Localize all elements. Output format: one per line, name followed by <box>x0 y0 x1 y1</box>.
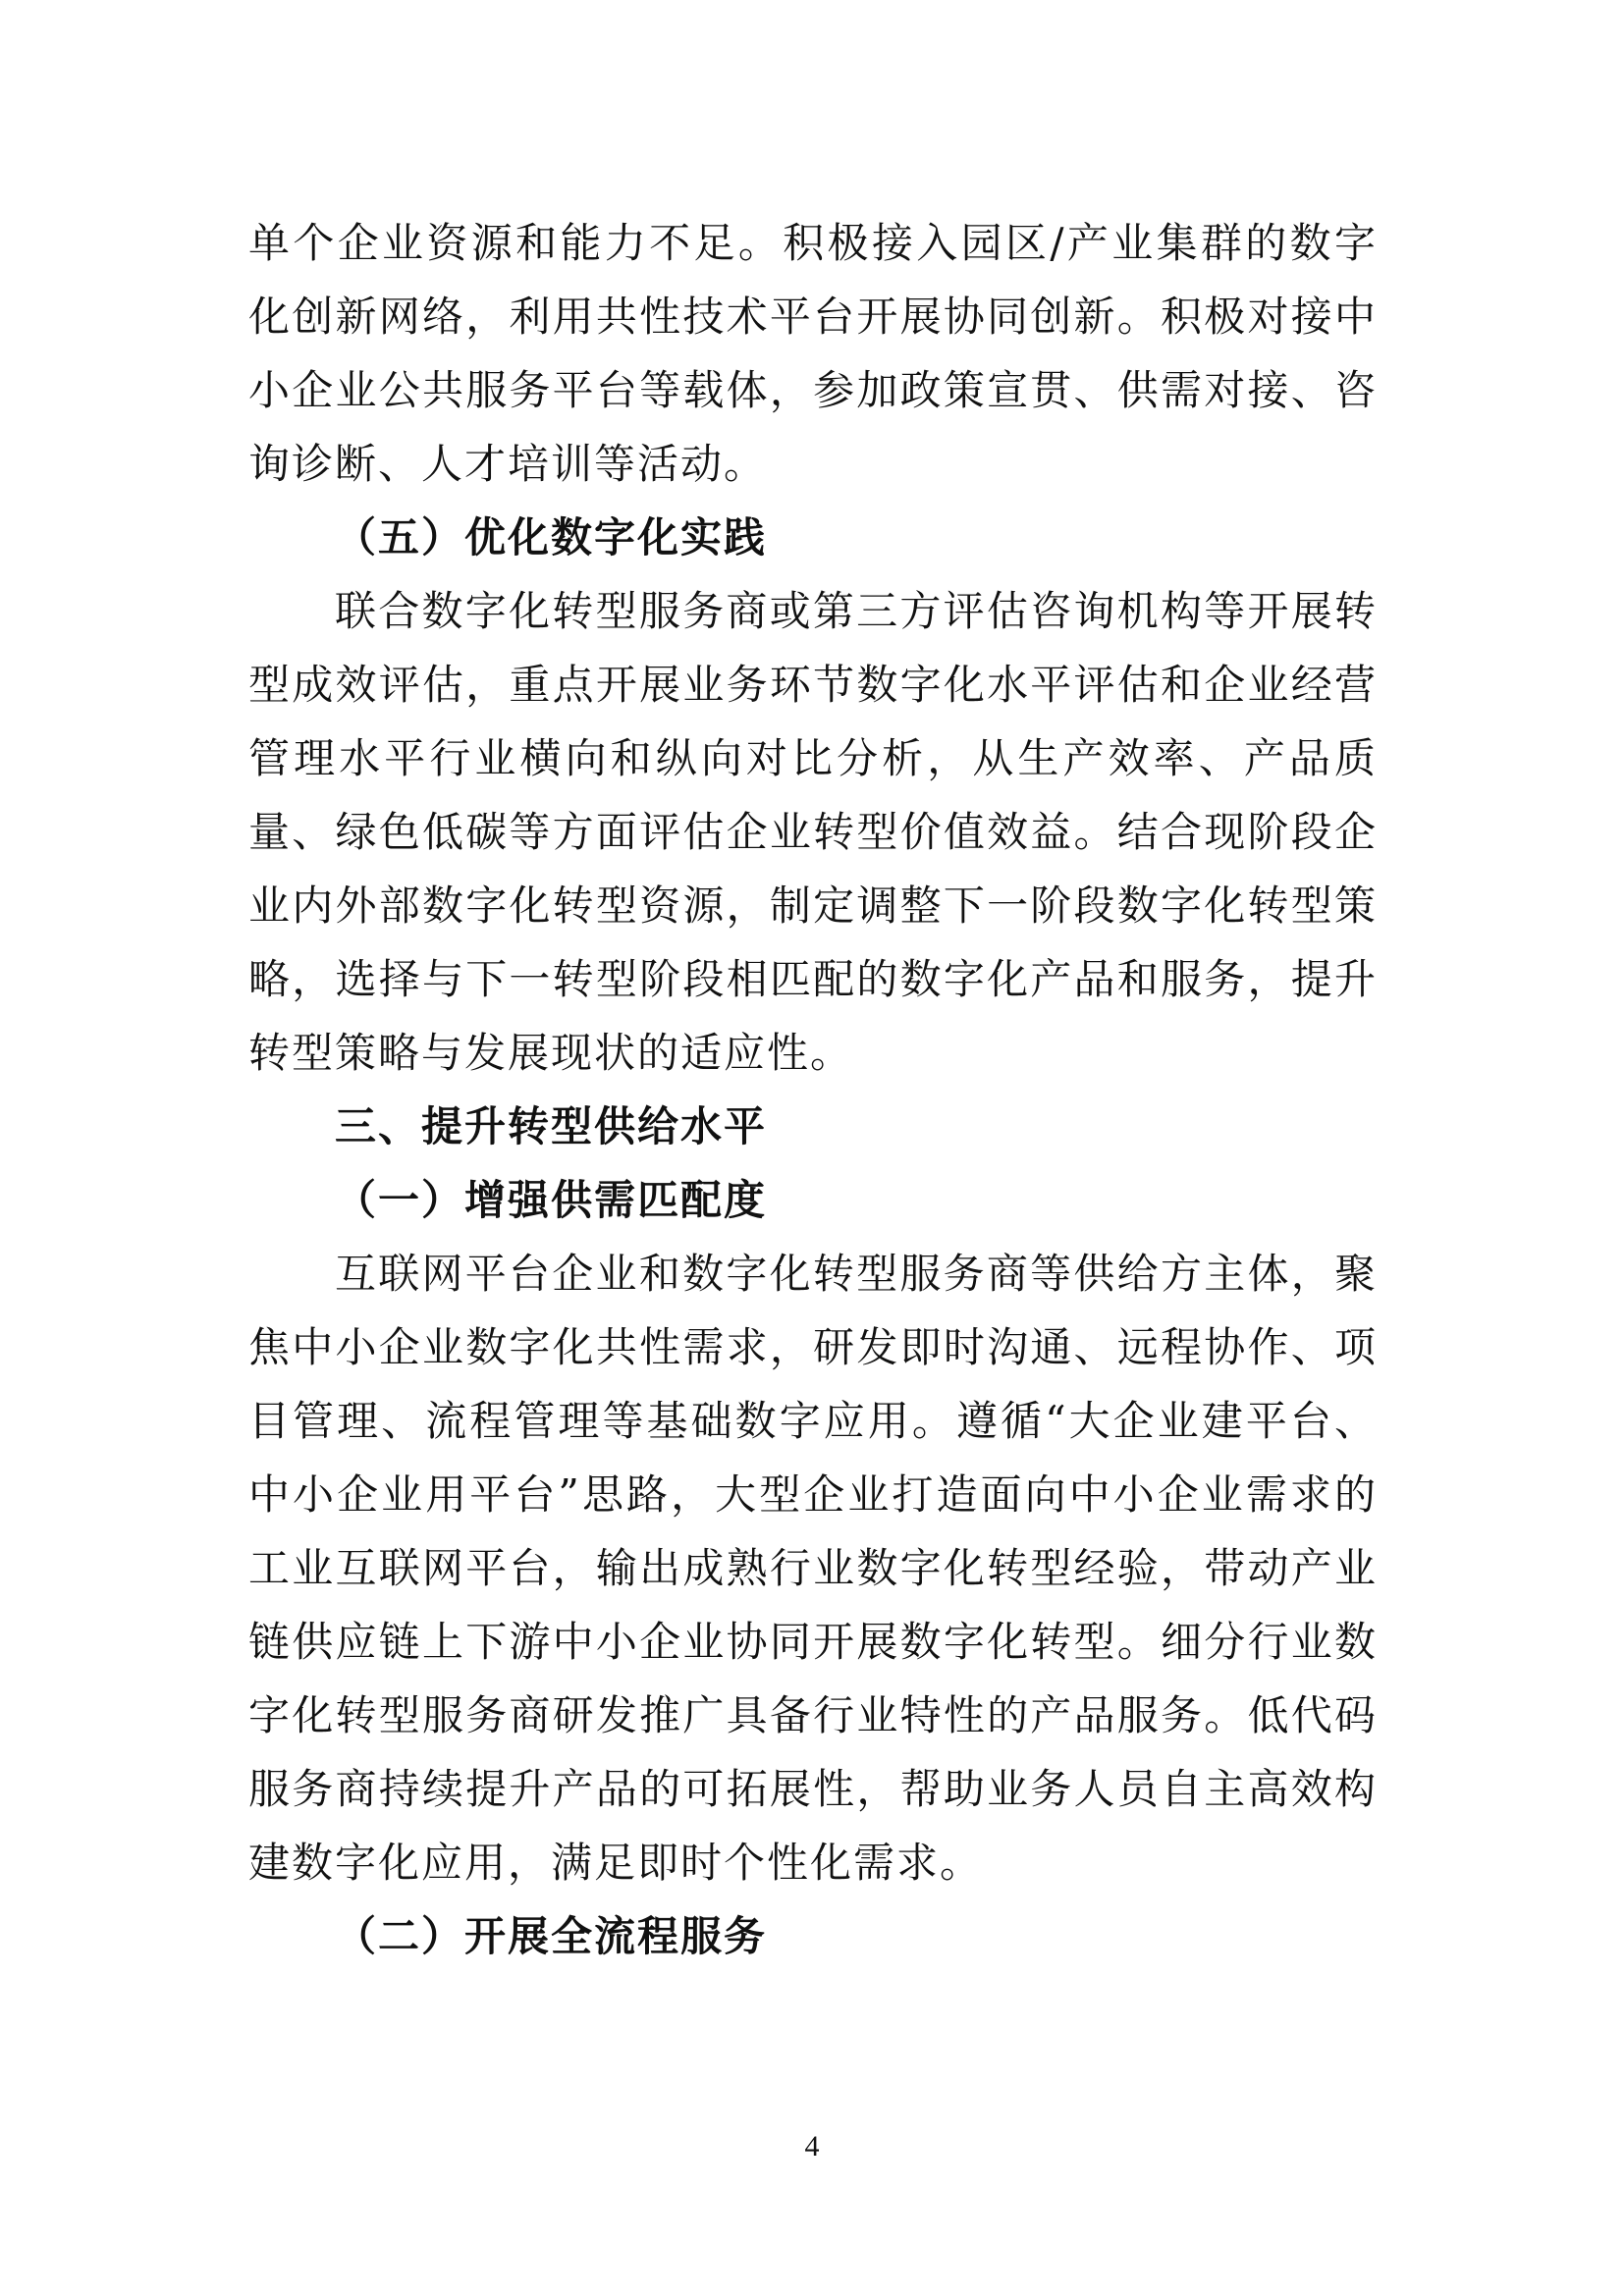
paragraph-evaluation: 联合数字化转型服务商或第三方评估咨询机构等开展转型成效评估，重点开展业务环节数字… <box>248 574 1378 1090</box>
subheading-full-process-service: （二）开展全流程服务 <box>248 1899 1378 1973</box>
section-heading-supply-level: 三、提升转型供给水平 <box>248 1090 1378 1163</box>
document-page: 单个企业资源和能力不足。积极接入园区/产业集群的数字化创新网络，利用共性技术平台… <box>248 206 1378 1973</box>
paragraph-supply-providers: 互联网平台企业和数字化转型服务商等供给方主体，聚焦中小企业数字化共性需求，研发即… <box>248 1237 1378 1899</box>
subheading-supply-demand-matching: （一）增强供需匹配度 <box>248 1163 1378 1237</box>
subheading-optimize-digital-practice: （五）优化数字化实践 <box>248 501 1378 574</box>
page-number: 4 <box>0 2130 1624 2163</box>
paragraph-continued: 单个企业资源和能力不足。积极接入园区/产业集群的数字化创新网络，利用共性技术平台… <box>248 206 1378 501</box>
